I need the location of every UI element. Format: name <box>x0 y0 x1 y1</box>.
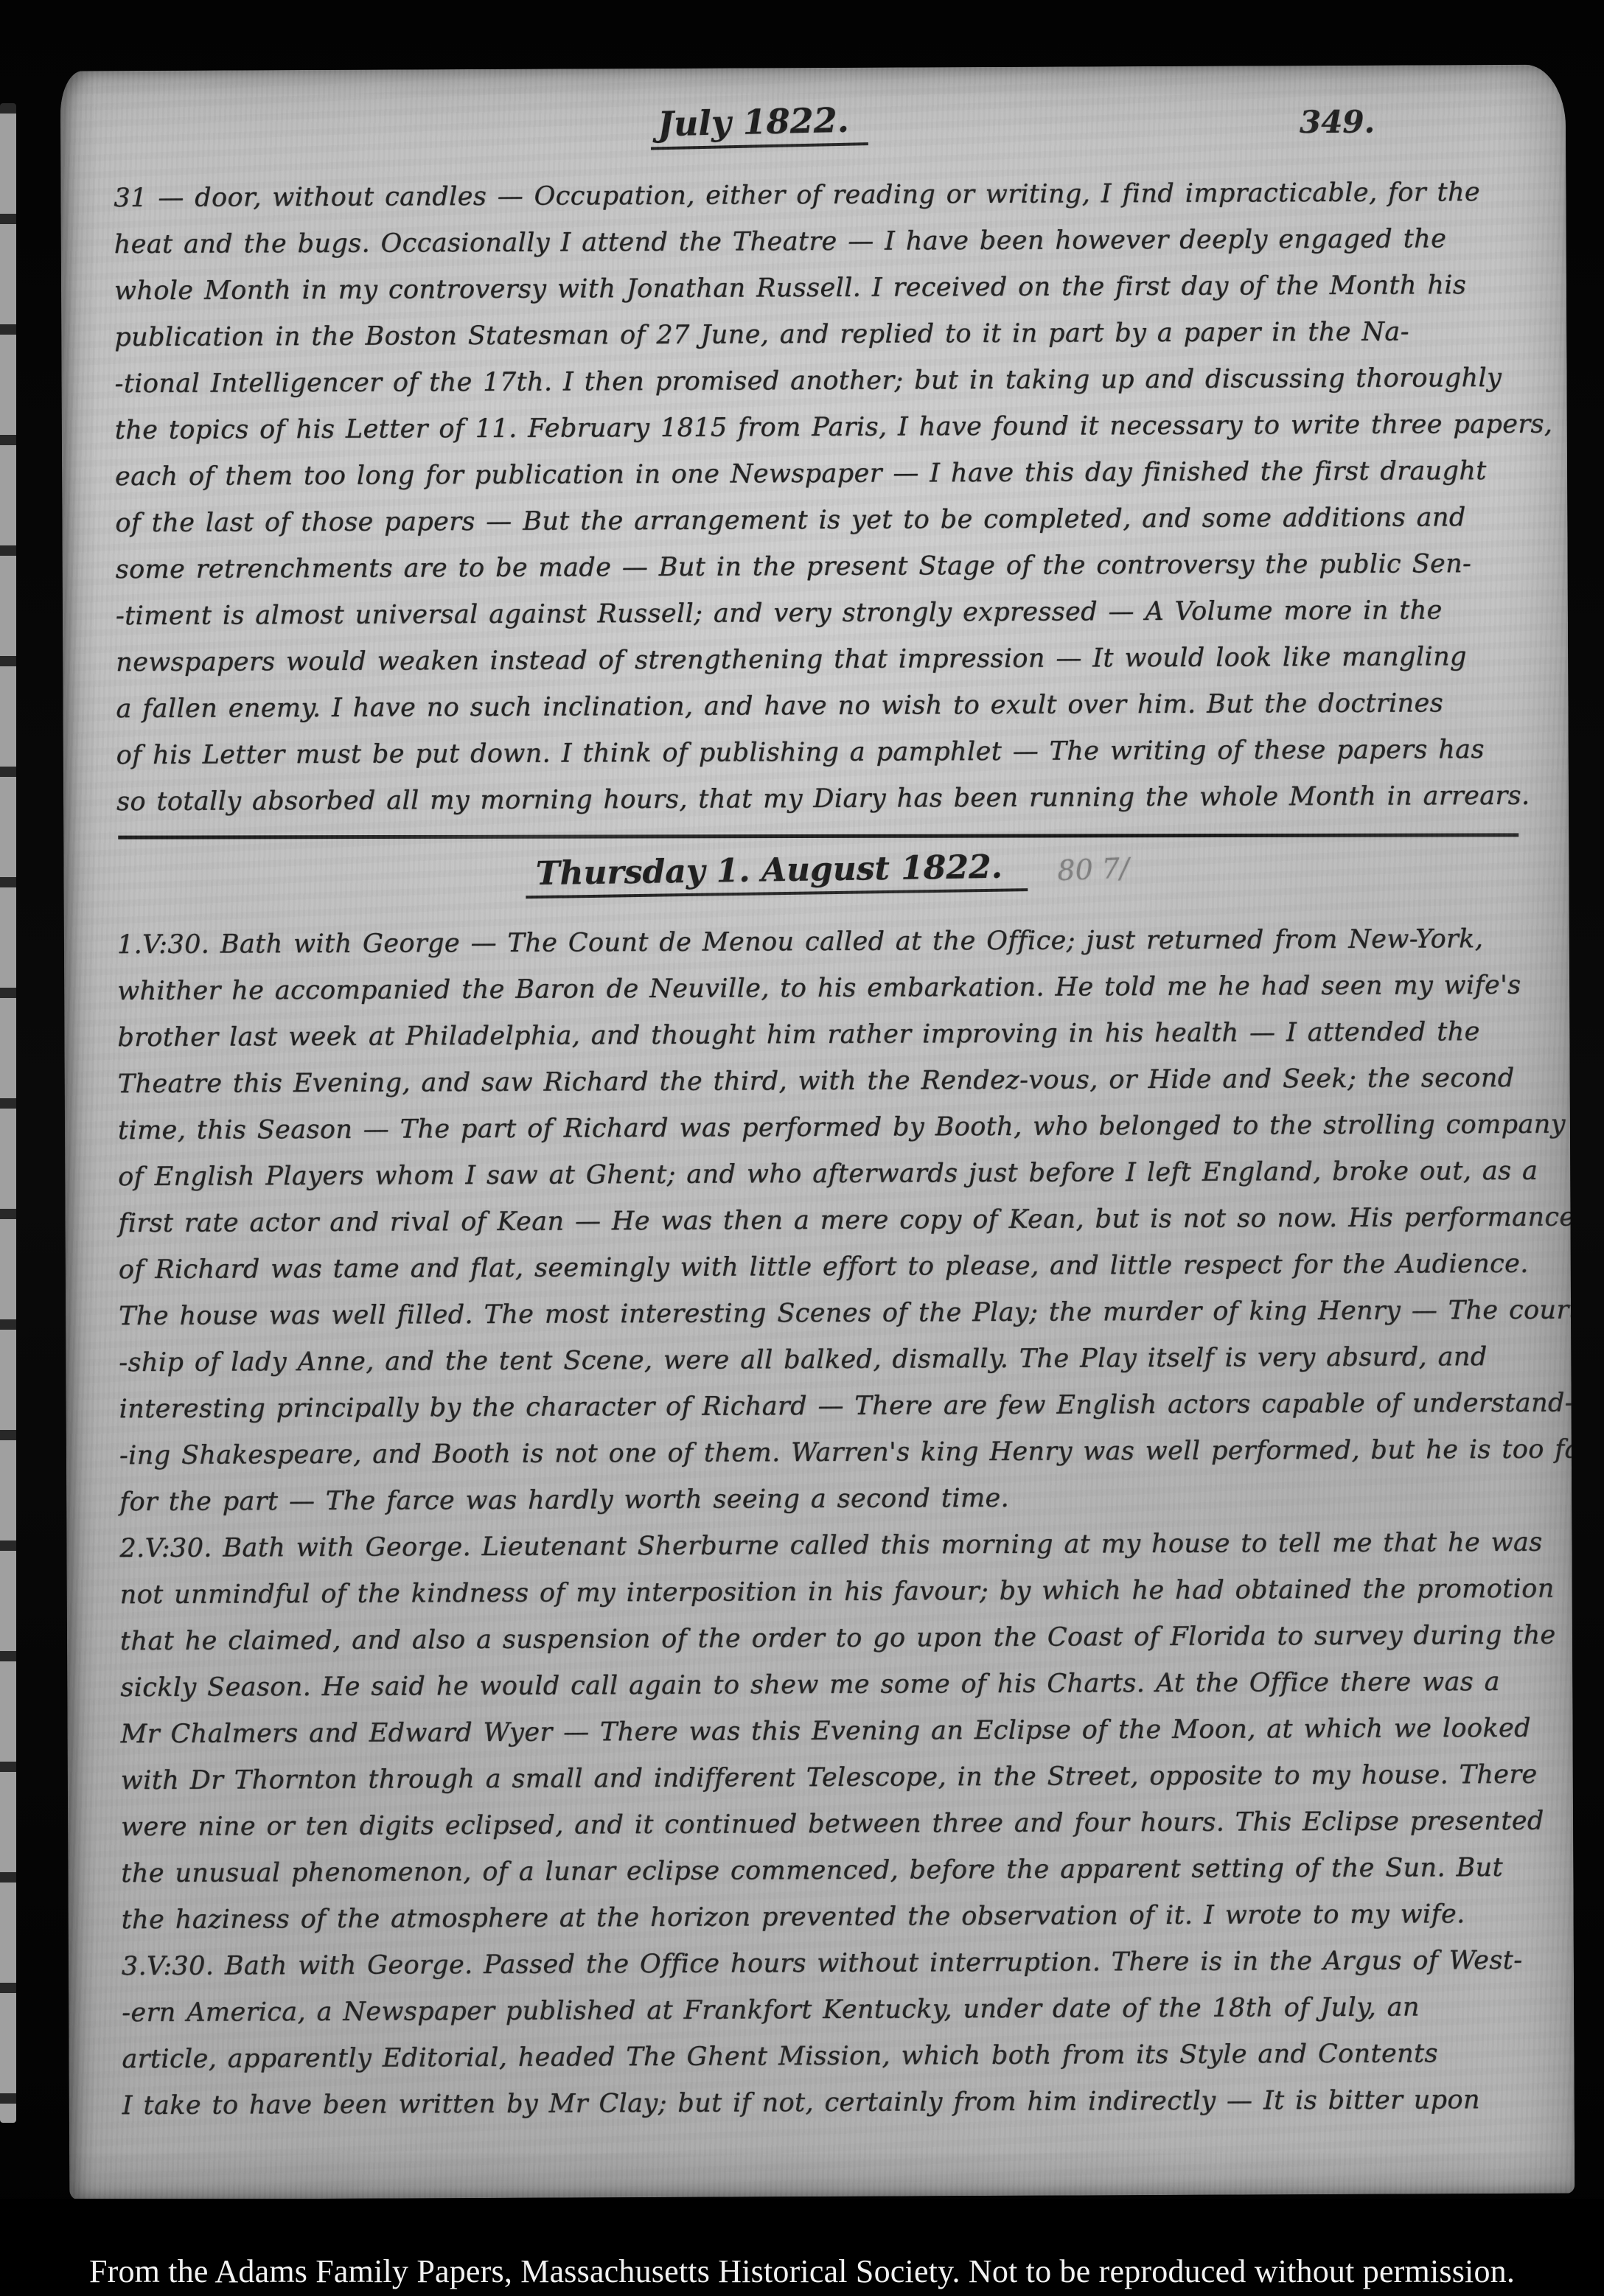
manuscript-line: the haziness of the atmosphere at the ho… <box>122 1891 1525 1944</box>
page-header-row: July 1822. 349. <box>114 99 1517 175</box>
manuscript-line: brother last week at Philadelphia, and t… <box>117 1009 1521 1061</box>
august-1-entry: 1.V:30. Bath with George — The Count de … <box>117 916 1526 2129</box>
manuscript-line: 1.V:30. Bath with George — The Count de … <box>117 916 1521 969</box>
pencil-annotation: 80 7/ <box>1056 851 1129 887</box>
manuscript-line: -ship of lady Anne, and the tent Scene, … <box>119 1334 1522 1386</box>
page-number: 349. <box>1300 104 1375 140</box>
manuscript-line: 3.V:30. Bath with George. Passed the Off… <box>122 1938 1525 1990</box>
manuscript-line: of Richard was tame and flat, seemingly … <box>119 1241 1522 1294</box>
scanned-manuscript-frame: July 1822. 349. 31 — door, without candl… <box>0 0 1604 2296</box>
page-content: July 1822. 349. 31 — door, without candl… <box>60 65 1575 2130</box>
date-heading: Thursday 1. August 1822. <box>525 848 1028 898</box>
manuscript-line: were nine or ten digits eclipsed, and it… <box>121 1798 1524 1851</box>
august-header-row: Thursday 1. August 1822. 80 7/ <box>116 842 1520 922</box>
manuscript-page: July 1822. 349. 31 — door, without candl… <box>60 65 1575 2200</box>
entry-divider-rule <box>118 833 1518 839</box>
manuscript-line: not unmindful of the kindness of my inte… <box>120 1566 1524 1619</box>
manuscript-line: heat and the bugs. Occasionally I attend… <box>114 216 1518 268</box>
manuscript-line: -tional Intelligencer of the 17th. I the… <box>114 355 1518 408</box>
manuscript-line: whither he accompanied the Baron de Neuv… <box>117 963 1521 1015</box>
manuscript-line: a fallen enemy. I have no such inclinati… <box>116 680 1519 733</box>
manuscript-line: newspapers would weaken instead of stren… <box>116 634 1519 686</box>
manuscript-line: interesting principally by the character… <box>119 1381 1522 1433</box>
manuscript-line: 2.V:30. Bath with George. Lieutenant She… <box>119 1520 1523 1572</box>
manuscript-line: Mr Chalmers and Edward Wyer — There was … <box>120 1706 1524 1758</box>
manuscript-line: time, this Season — The part of Richard … <box>118 1102 1521 1154</box>
manuscript-line: Theatre this Evening, and saw Richard th… <box>118 1055 1521 1108</box>
manuscript-line: I take to have been written by Mr Clay; … <box>122 2077 1526 2129</box>
manuscript-line: whole Month in my controversy with Jonat… <box>114 262 1518 315</box>
manuscript-line: of English Players whom I saw at Ghent; … <box>118 1148 1521 1201</box>
manuscript-line: of the last of those papers — But the ar… <box>115 495 1518 547</box>
archive-credit-bar: From the Adams Family Papers, Massachuse… <box>0 2199 1604 2296</box>
manuscript-line: -ern America, a Newspaper published at F… <box>122 1984 1525 2037</box>
manuscript-line: so totally absorbed all my morning hours… <box>116 773 1520 826</box>
manuscript-line: of his Letter must be put down. I think … <box>116 727 1520 779</box>
manuscript-line: the unusual phenomenon, of a lunar eclip… <box>121 1845 1524 1897</box>
adjacent-page-edge <box>0 103 16 2123</box>
manuscript-line: first rate actor and rival of Kean — He … <box>118 1195 1521 1247</box>
manuscript-line: publication in the Boston Statesman of 2… <box>114 309 1518 361</box>
manuscript-line: the topics of his Letter of 11. February… <box>115 402 1518 454</box>
manuscript-line: 31 — door, without candles — Occupation,… <box>114 170 1517 222</box>
manuscript-line: -ing Shakespeare, and Booth is not one o… <box>119 1427 1523 1479</box>
manuscript-line: The house was well filled. The most inte… <box>119 1288 1522 1340</box>
archive-credit-text: From the Adams Family Papers, Massachuse… <box>89 2253 1515 2290</box>
manuscript-line: article, apparently Editorial, headed Th… <box>122 2031 1525 2083</box>
manuscript-line: some retrenchments are to be made — But … <box>116 541 1519 593</box>
july-31-entry: 31 — door, without candles — Occupation,… <box>114 170 1520 826</box>
manuscript-line: that he claimed, and also a suspension o… <box>120 1613 1524 1665</box>
manuscript-line: -timent is almost universal against Russ… <box>116 587 1519 640</box>
month-year-heading: July 1822. <box>649 100 868 150</box>
manuscript-line: sickly Season. He said he would call aga… <box>120 1659 1524 1711</box>
manuscript-line: for the part — The farce was hardly wort… <box>119 1473 1523 1526</box>
manuscript-line: with Dr Thornton through a small and ind… <box>121 1752 1524 1804</box>
manuscript-line: each of them too long for publication in… <box>115 448 1518 500</box>
